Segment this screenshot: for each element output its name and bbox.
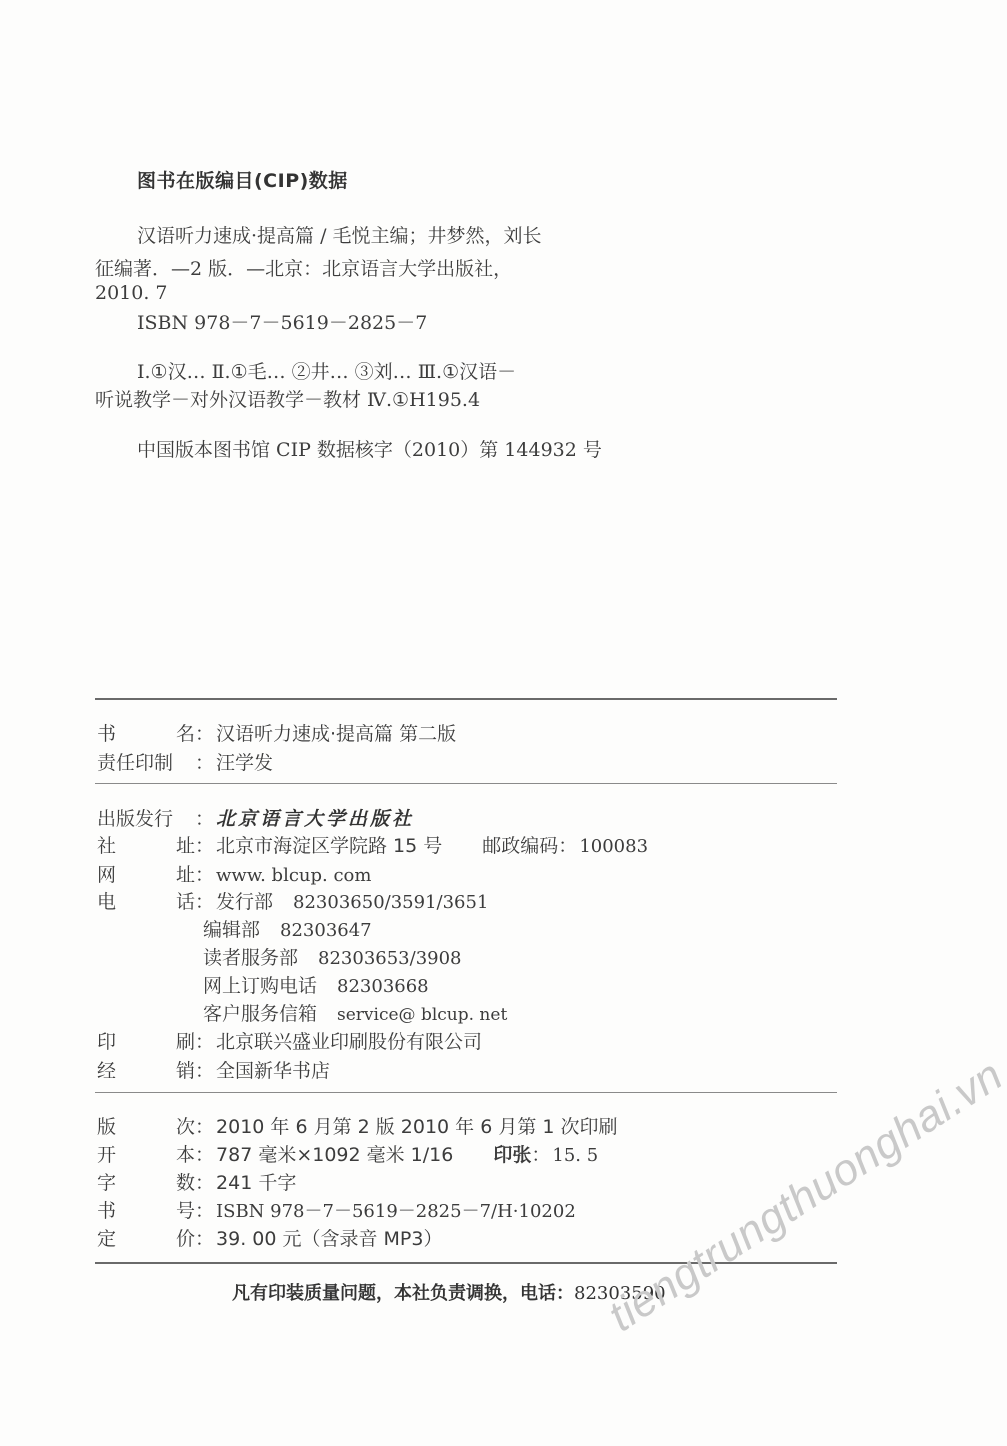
divider-rule	[95, 1092, 837, 1093]
phone-dept: 读者服务部	[203, 947, 298, 969]
field-label: 书名	[97, 719, 195, 746]
divider-rule	[95, 783, 837, 784]
field-label: 印刷	[97, 1027, 195, 1054]
cip-classification-line-1: Ⅰ.①汉… Ⅱ.①毛… ②井… ③刘… Ⅲ.①汉语－	[137, 357, 516, 384]
colophon-book-number: 书号 ： ISBN 978－7－5619－2825－7/H·10202	[97, 1196, 576, 1223]
phone-dept: 网上订购电话	[203, 975, 317, 997]
cip-entry-line-3: 2010. 7	[95, 282, 168, 304]
cip-entry-line-1: 汉语听力速成·提高篇 / 毛悦主编；井梦然，刘长	[137, 221, 542, 248]
phone-dept: 发行部	[216, 887, 273, 914]
cip-classification-line-2: 听说教学－对外汉语教学－教材 Ⅳ.①H195.4	[95, 385, 480, 412]
email-label: 客户服务信箱	[203, 1003, 317, 1025]
field-label: 字数	[97, 1168, 195, 1195]
postcode-value: 100083	[579, 836, 648, 857]
phone-number: 82303647	[280, 920, 372, 941]
printer-value: 北京联兴盛业印刷股份有限公司	[216, 1027, 482, 1054]
field-label: 社址	[97, 831, 195, 858]
price-value: 39. 00 元（含录音 MP3）	[216, 1224, 442, 1251]
field-label: 网址	[97, 860, 195, 887]
postcode-label: 邮政编码	[482, 831, 558, 858]
field-label: 电话	[97, 887, 195, 914]
cip-title: 图书在版编目(CIP)数据	[137, 166, 348, 193]
field-label: 定价	[97, 1224, 195, 1251]
colophon-word-count: 字数 ： 241 千字	[97, 1168, 296, 1195]
edition-value: 2010 年 6 月第 2 版 2010 年 6 月第 1 次印刷	[216, 1112, 618, 1139]
field-label: 书号	[97, 1196, 195, 1223]
publisher-logotype: 北京语言大学出版社	[216, 804, 414, 831]
colophon-format: 开本 ： 787 毫米×1092 毫米 1/16 印张 ： 15. 5	[97, 1140, 598, 1167]
phone-number: 82303668	[337, 976, 429, 997]
phone-number: 82303653/3908	[318, 948, 462, 969]
phone-entry: 网上订购电话82303668	[203, 971, 429, 998]
phone-entry: 客户服务信箱service@ blcup. net	[203, 999, 507, 1026]
watermark-text: tiengtrungthuonghai.vn	[600, 1050, 1007, 1342]
colophon-price: 定价 ： 39. 00 元（含录音 MP3）	[97, 1224, 442, 1251]
phone-dept: 编辑部	[203, 919, 260, 941]
phone-number: 82303650/3591/3651	[293, 892, 488, 913]
print-supervisor-value: 汪学发	[216, 748, 273, 775]
colophon-website: 网址 ： www. blcup. com	[97, 860, 371, 887]
field-label: 出版发行	[97, 804, 195, 831]
sheets-label: 印张	[493, 1140, 531, 1167]
word-count-value: 241 千字	[216, 1168, 296, 1195]
colophon-phones: 电话 ： 发行部 82303650/3591/3651	[97, 887, 488, 914]
sheets-value: 15. 5	[552, 1145, 598, 1166]
address-value: 北京市海淀区学院路 15 号	[216, 831, 442, 858]
field-label: 责任印制	[97, 748, 195, 775]
cip-entry-line-2: 征编著．—2 版．—北京：北京语言大学出版社，	[95, 254, 512, 281]
colophon-distributor: 经销 ： 全国新华书店	[97, 1056, 330, 1083]
phone-entry: 编辑部82303647	[203, 915, 372, 942]
phone-entry: 读者服务部82303653/3908	[203, 943, 462, 970]
format-value: 787 毫米×1092 毫米 1/16	[216, 1140, 453, 1167]
distributor-value: 全国新华书店	[216, 1056, 330, 1083]
book-number-value: ISBN 978－7－5619－2825－7/H·10202	[216, 1197, 576, 1223]
website-link[interactable]: www. blcup. com	[216, 865, 371, 886]
cip-verification-number: 中国版本图书馆 CIP 数据核字（2010）第 144932 号	[137, 435, 602, 462]
colophon-print-supervisor: 责任印制 ： 汪学发	[97, 748, 273, 775]
email-link[interactable]: service@ blcup. net	[337, 1005, 507, 1025]
colophon-printer: 印刷 ： 北京联兴盛业印刷股份有限公司	[97, 1027, 482, 1054]
field-label: 开本	[97, 1140, 195, 1167]
divider-rule	[95, 698, 837, 700]
field-label: 版次	[97, 1112, 195, 1139]
book-name-value: 汉语听力速成·提高篇 第二版	[216, 719, 456, 746]
colophon-edition: 版次 ： 2010 年 6 月第 2 版 2010 年 6 月第 1 次印刷	[97, 1112, 618, 1139]
colophon-book-name: 书名 ： 汉语听力速成·提高篇 第二版	[97, 719, 456, 746]
colophon-address: 社址 ： 北京市海淀区学院路 15 号 邮政编码 ： 100083	[97, 831, 648, 858]
colophon-publisher: 出版发行 ： 北京语言大学出版社	[97, 804, 414, 831]
field-label: 经销	[97, 1056, 195, 1083]
cip-isbn: ISBN 978－7－5619－2825－7	[137, 308, 427, 335]
